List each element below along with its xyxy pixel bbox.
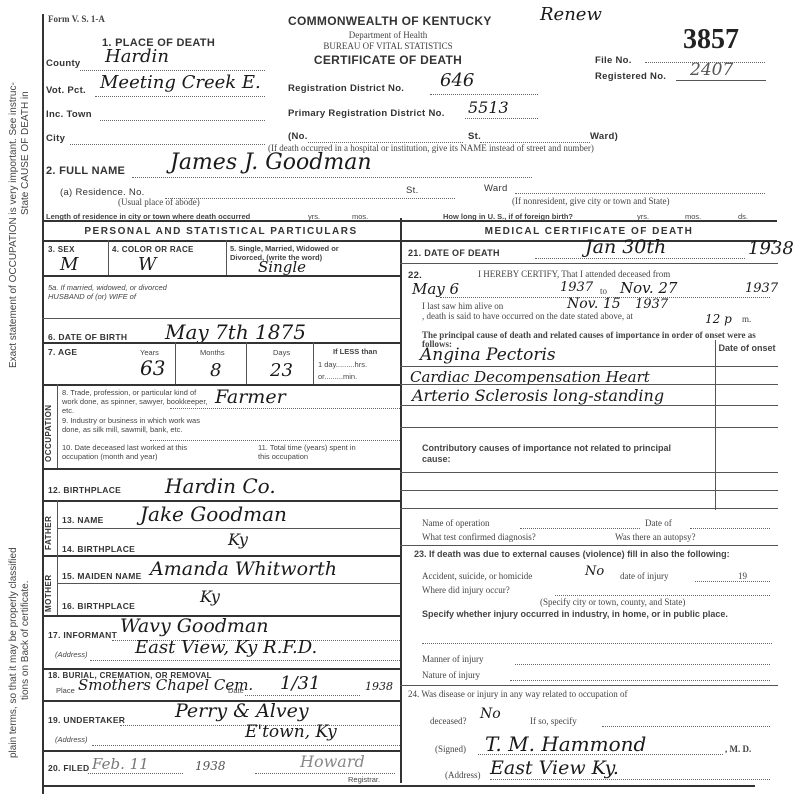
undertaker-address-label: (Address) [55, 735, 88, 744]
accident-label: Accident, suicide, or homicide [422, 571, 532, 581]
if-so-specify-label: If so, specify [530, 716, 577, 726]
external-causes-label: 23. If death was due to external causes … [414, 549, 774, 559]
marital-value: Single [258, 258, 306, 276]
sex-value: M [60, 254, 78, 275]
file-number-field: File No. [595, 50, 632, 68]
personal-heading: PERSONAL AND STATISTICAL PARTICULARS [42, 226, 400, 237]
burial-place-value: Smothers Chapel Cem. [78, 676, 253, 694]
race-value: W [138, 254, 157, 275]
county-label: County [46, 58, 81, 69]
accident-value: No [585, 564, 604, 579]
occupation-related-question: 24. Was disease or injury in any way rel… [408, 689, 628, 699]
md-label: , M. D. [725, 744, 751, 754]
death-time-m: m. [742, 314, 751, 324]
county-line [80, 70, 265, 71]
attended-to-year: 1937 [745, 281, 778, 296]
full-name-label: 2. FULL NAME [46, 165, 125, 177]
father-side-label: FATHER [44, 516, 53, 550]
vot-pct-line [95, 96, 265, 97]
father-birthplace-label: 14. BIRTHPLACE [62, 544, 135, 554]
physician-address-value: East View Ky. [490, 757, 619, 779]
abode-note: (Usual place of abode) [118, 197, 200, 207]
operation-label: Name of operation [422, 518, 489, 528]
street-label: St. [468, 131, 481, 142]
mother-birthplace-label: 16. BIRTHPLACE [62, 601, 135, 611]
autopsy-label: Was there an autopsy? [615, 532, 696, 542]
informant-address-label: (Address) [55, 650, 88, 659]
date-of-death-value: Jan 30th [585, 236, 666, 258]
attended-from-year: 1937 [560, 280, 593, 295]
operation-date-label: Date of [645, 518, 672, 528]
margin-instruction-3: State CAUSE OF DEATH in [20, 91, 31, 215]
last-saw-year: 1937 [635, 297, 668, 312]
informant-address-value: East View, Ky R.F.D. [135, 637, 317, 658]
street-no-label: (No. [288, 131, 308, 142]
age-months-label: Months [200, 348, 225, 357]
full-name-value: James J. Goodman [170, 150, 372, 175]
nonresident-note: (If nonresident, give city or town and S… [512, 196, 669, 206]
burial-place-label: Place [56, 686, 75, 695]
less-than-day: 1 day.........hrs. [318, 360, 367, 369]
registered-number-label: Registered No. [595, 71, 666, 82]
birthplace-value: Hardin Co. [165, 474, 276, 498]
age-days-value: 23 [270, 360, 293, 381]
mother-side-label: MOTHER [44, 574, 53, 612]
trade-value: Farmer [215, 386, 286, 408]
undertaker-address-value: E'town, Ky [245, 722, 337, 742]
cause-1: Angina Pectoris [420, 345, 556, 365]
attended-to-value: Nov. 27 [620, 279, 677, 297]
injury-year: 19 [738, 571, 747, 581]
ward-label: Ward) [590, 131, 618, 142]
margin-instruction-4: tions on Back of certificate. [20, 580, 31, 700]
margin-instruction-1: Exact statement of OCCUPATION is very im… [8, 82, 19, 368]
sex-label: 3. SEX [48, 245, 75, 254]
certify-label: I HEREBY CERTIFY, That I attended deceas… [478, 269, 670, 279]
contributory-label: Contributory causes of importance not re… [422, 443, 702, 465]
date-of-birth-value: May 7th 1875 [165, 320, 306, 344]
annotation-renew: Renew [540, 4, 602, 25]
father-birthplace-value: Ky [228, 530, 248, 549]
last-saw-label: I last saw him alive on [422, 301, 503, 311]
city-line [70, 144, 265, 145]
specify-city-note: (Specify city or town, county, and State… [540, 597, 685, 607]
city-label: City [46, 133, 65, 144]
filed-year-value: 1938 [195, 759, 226, 773]
attended-to-label: to [600, 286, 607, 296]
registration-district-label: Registration District No. [288, 83, 404, 94]
physician-signature: T. M. Hammond [485, 732, 646, 756]
file-number-label: File No. [595, 55, 632, 66]
father-name-value: Jake Goodman [140, 502, 287, 526]
mother-birthplace-value: Ky [200, 587, 220, 606]
inc-town-label: Inc. Town [46, 109, 92, 120]
birthplace-label: 12. BIRTHPLACE [48, 485, 121, 495]
registration-district-line [430, 94, 538, 95]
cause-3: Arterio Sclerosis long-standing [412, 386, 664, 405]
age-days-label: Days [273, 348, 290, 357]
vot-pct-label: Vot. Pct. [46, 85, 86, 96]
deceased-answer: No [480, 706, 501, 722]
attended-from-value: May 6 [412, 280, 459, 298]
divider-top [42, 220, 777, 222]
registrar-signature: Howard [300, 752, 365, 771]
primary-registration-value: 5513 [468, 98, 509, 117]
informant-value: Wavy Goodman [120, 615, 269, 637]
last-saw-value: Nov. 15 [567, 296, 621, 312]
date-of-death-year: 1938 [748, 238, 794, 259]
physician-address-label: (Address) [445, 770, 481, 780]
heading-divider [42, 240, 777, 242]
race-label: 4. COLOR OR RACE [112, 245, 194, 254]
residence-ward-line [515, 193, 765, 194]
deceased-label: deceased? [430, 716, 466, 726]
nature-injury-label: Nature of injury [422, 670, 480, 680]
death-time-value: 12 p [705, 312, 732, 326]
bureau-name: BUREAU OF VITAL STATISTICS [288, 41, 488, 51]
where-injury-label: Where did injury occur? [422, 585, 510, 595]
file-number-value: 3857 [683, 24, 739, 56]
form-number: Form V. S. 1-A [48, 14, 105, 24]
age-months-value: 8 [210, 360, 221, 381]
full-name-line [132, 177, 532, 178]
certificate-title: CERTIFICATE OF DEATH [288, 53, 488, 67]
inc-town-line [100, 120, 265, 121]
spouse-label: 5a. If married, widowed, or divorced HUS… [48, 283, 188, 301]
industry-label: 9. Industry or business in which work wa… [62, 416, 212, 434]
filed-date-value: Feb. 11 [92, 755, 149, 773]
mother-name-value: Amanda Whitworth [150, 558, 337, 580]
less-than-label: If LESS than [333, 347, 377, 356]
total-time-label: 11. Total time (years) spent in this occ… [258, 443, 358, 461]
mother-name-label: 15. MAIDEN NAME [62, 571, 142, 581]
residence-line [165, 198, 455, 199]
signed-label: (Signed) [435, 744, 466, 754]
date-of-death-label: 21. DATE OF DEATH [408, 248, 500, 258]
burial-date-value: 1/31 [280, 673, 320, 694]
residence-ward-label: Ward [484, 183, 508, 194]
injury-date-label: date of injury [620, 571, 669, 581]
occupation-side-label: OCCUPATION [44, 404, 53, 462]
margin-instruction-2: plain terms, so that it may be properly … [8, 547, 19, 758]
center-divider [400, 218, 402, 783]
informant-label: 17. INFORMANT [48, 630, 117, 640]
last-worked-label: 10. Date deceased last worked at this oc… [62, 443, 192, 461]
residence-street-label: St. [406, 185, 419, 196]
department-name: Department of Health [288, 30, 488, 40]
undertaker-label: 19. UNDERTAKER [48, 715, 125, 725]
primary-registration-line [465, 118, 538, 119]
undertaker-value: Perry & Alvey [175, 700, 309, 722]
father-name-label: 13. NAME [62, 515, 104, 525]
date-of-birth-label: 6. DATE OF BIRTH [48, 332, 127, 342]
manner-injury-label: Manner of injury [422, 654, 483, 664]
age-label: 7. AGE [48, 347, 77, 357]
county-value: Hardin [105, 46, 169, 67]
commonwealth-title: COMMONWEALTH OF KENTUCKY [288, 14, 488, 28]
registration-district-value: 646 [440, 70, 474, 91]
primary-registration-label: Primary Registration District No. [288, 108, 445, 119]
less-than-min: or.........min. [318, 372, 357, 381]
burial-date-label: Date [228, 686, 244, 695]
age-years-value: 63 [140, 356, 165, 380]
burial-year-value: 1938 [365, 680, 393, 693]
industry-home-question: Specify whether injury occurred in indus… [422, 609, 772, 619]
diagnosis-test-label: What test confirmed diagnosis? [422, 532, 536, 542]
trade-label: 8. Trade, profession, or particular kind… [62, 388, 212, 415]
vot-pct-value: Meeting Creek E. [100, 72, 261, 93]
filed-label: 20. FILED [48, 763, 89, 773]
registrar-label: Registrar. [348, 775, 380, 784]
registered-number-line [676, 80, 766, 81]
registered-number-value: 2407 [690, 60, 733, 80]
date-of-onset-label: Date of onset [718, 343, 776, 354]
